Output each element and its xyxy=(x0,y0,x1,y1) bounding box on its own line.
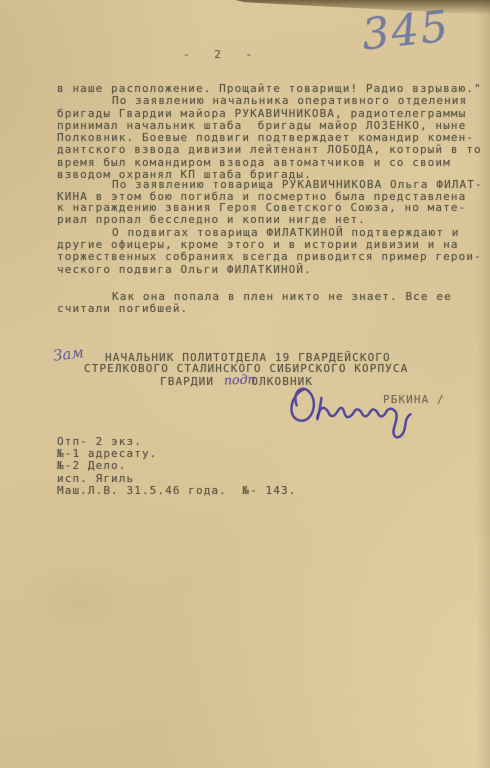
document-page: - 2 - 345 в наше расположение. Прощайте … xyxy=(0,0,490,768)
paragraph-feats-confirmation: О подвигах товарища ФИЛАТКИНОЙ подтвержд… xyxy=(57,227,472,276)
paragraph-radio-report: в наше расположение. Прощайте товарищи! … xyxy=(57,83,472,181)
clerical-footer: Отп- 2 экз. №-1 адресату. №-2 Дело. исп.… xyxy=(57,436,296,497)
paragraph-filatkina-award: По заявлению товарища РУКАВИЧНИКОВА Ольг… xyxy=(57,179,472,225)
typed-line: торжественных собраниях всегда приводитс… xyxy=(57,251,472,263)
typed-line: дантского взвода дивизии лейтенант ЛОБОД… xyxy=(57,144,472,156)
signature-ink-flourish xyxy=(282,373,435,447)
typed-line: ческого подвига Ольги ФИЛАТКИНОЙ. xyxy=(57,264,472,276)
signature-title-line: СТРЕЛКОВОГО СТАЛИНСКОГО СИБИРСКОГО КОРПУ… xyxy=(57,363,457,374)
typed-line: риал пропал бесследно и копии нигде нет. xyxy=(57,214,472,226)
typed-line: считали погибшей. xyxy=(57,303,472,315)
typed-line: По заявлению товарища РУКАВИЧНИКОВА Ольг… xyxy=(57,179,472,191)
typed-line: По заявлению начальника оперативного отд… xyxy=(57,95,472,107)
handwritten-rank-correction: подп xyxy=(224,373,256,385)
typed-line: №-2 Дело. xyxy=(57,460,296,472)
typed-line: исп. Ягиль xyxy=(57,473,296,485)
handwritten-folio-number: 345 xyxy=(360,6,452,58)
page-right-shadow xyxy=(476,0,490,768)
paragraph-captivity-note: Как она попала в плен никто не знает. Вс… xyxy=(57,291,472,315)
typed-line: Маш.Л.В. 31.5.46 года. №- 143. xyxy=(57,485,296,497)
rank-typed-start: ГВАРДИИ xyxy=(160,375,222,388)
page-number: - 2 - xyxy=(183,49,261,61)
paper-stain xyxy=(20,560,140,640)
handwritten-zam-note: Зам xyxy=(52,343,85,365)
